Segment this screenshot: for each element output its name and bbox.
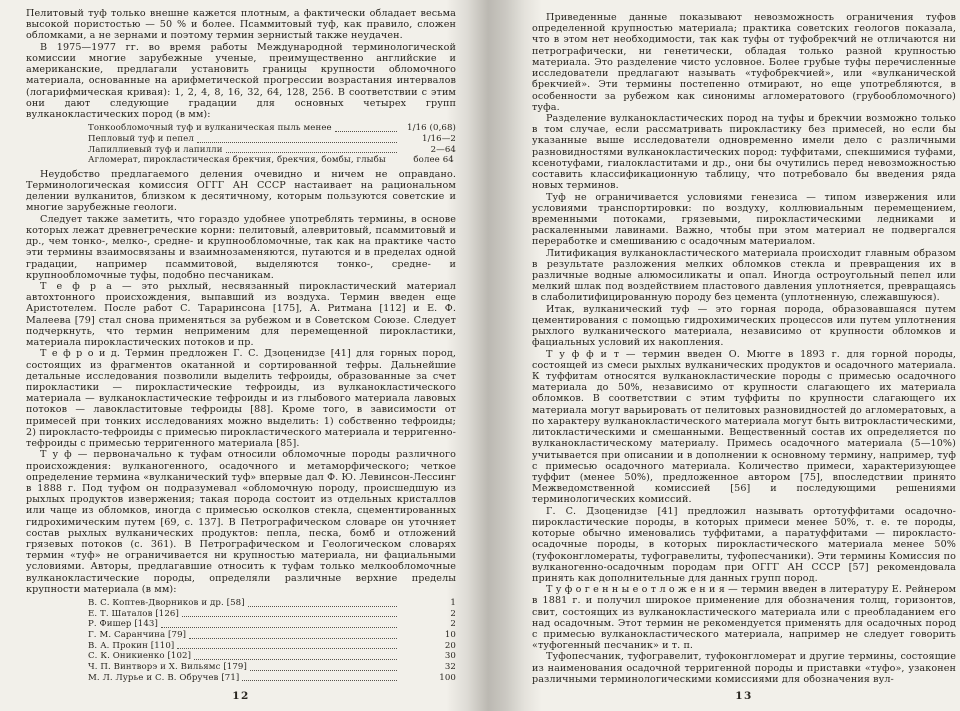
dot-leader (182, 616, 397, 617)
paragraph: Литификация вулканокластического материа… (532, 248, 956, 304)
row-label: В. С. Коптев-Дворников и др. [58] (88, 598, 245, 609)
table-row: Ч. П. Винтворэ и Х. Вильямс [179]32 (88, 662, 456, 673)
row-label: С. К. Оникиенко [102] (88, 651, 191, 662)
row-value: 1/16—2 (400, 134, 456, 145)
paragraph: Т у ф ф и т — термин введен О. Мюгге в 1… (532, 349, 956, 506)
paragraph: Приведенные данные показывают невозможно… (532, 12, 956, 113)
paragraph: Т е ф р о и д. Термин предложен Г. С. Дз… (26, 348, 456, 449)
page-12-number: 12 (26, 690, 456, 702)
paragraph: Т у ф о г е н н ы е о т л о ж е н и я — … (532, 584, 956, 651)
dot-leader (335, 131, 397, 132)
row-value: 1 (400, 598, 456, 609)
row-value: 32 (400, 662, 456, 673)
row-label: Р. Фишер [143] (88, 619, 158, 630)
table-row: Г. М. Саранчина [79]10 (88, 630, 456, 641)
table-row: Агломерат, пирокластическая брекчия, бре… (88, 155, 456, 166)
page-12-content: Пелитовый туф только внешне кажется плот… (26, 8, 456, 686)
page-13-content: Приведенные данные показывают невозможно… (532, 12, 956, 685)
row-label: Пепловый туф и пепел (88, 134, 194, 145)
paragraph: Итак, вулканический туф — это горная пор… (532, 304, 956, 349)
paragraph: Т у ф — первоначально к туфам относили о… (26, 449, 456, 595)
row-label: Агломерат, пирокластическая брекчия, бре… (88, 155, 386, 166)
page-13: Приведенные данные показывают невозможно… (468, 0, 960, 711)
paragraph: Туфопесчаник, туфогравелит, туфоконгломе… (532, 651, 956, 685)
paragraph: В 1975—1977 гг. во время работы Междунар… (26, 42, 456, 121)
dot-leader (226, 152, 397, 153)
dot-leader (197, 142, 397, 143)
dot-leader-table: Тонкообломочный туф и вулканическая пыль… (88, 123, 456, 166)
paragraph: Пелитовый туф только внешне кажется плот… (26, 8, 456, 42)
dot-leader (248, 606, 397, 607)
page-12: Пелитовый туф только внешне кажется плот… (0, 0, 468, 711)
paragraph: Следует также заметить, что гораздо удоб… (26, 214, 456, 281)
table-row: С. К. Оникиенко [102]30 (88, 651, 456, 662)
table-row: В. С. Коптев-Дворников и др. [58]1 (88, 598, 456, 609)
table-row: Е. Т. Шаталов [126]2 (88, 609, 456, 620)
row-value: 2 (400, 609, 456, 620)
table-row: В. А. Прокин [110]20 (88, 641, 456, 652)
book-scan: Пелитовый туф только внешне кажется плот… (0, 0, 960, 711)
paragraph: Разделение вулканокластических пород на … (532, 113, 956, 192)
dot-leader (189, 638, 397, 639)
row-value: 100 (400, 673, 456, 684)
row-label: Г. М. Саранчина [79] (88, 630, 186, 641)
dot-leader (250, 670, 397, 671)
row-value: 2 (400, 619, 456, 630)
row-label: Ч. П. Винтворэ и Х. Вильямс [179] (88, 662, 247, 673)
page-13-number: 13 (532, 690, 956, 702)
paragraph: Г. С. Дзоценидзе [41] предложил называть… (532, 506, 956, 585)
paragraph: Неудобство предлагаемого деления очевидн… (26, 169, 456, 214)
row-value: более 64 (398, 155, 454, 166)
row-label: М. Л. Лурье и С. В. Обручев [71] (88, 673, 239, 684)
table-row: Тонкообломочный туф и вулканическая пыль… (88, 123, 456, 134)
table-row: М. Л. Лурье и С. В. Обручев [71]100 (88, 673, 456, 684)
dot-leader (177, 648, 397, 649)
dot-leader (194, 659, 397, 660)
table-row: Пепловый туф и пепел1/16—2 (88, 134, 456, 145)
dot-leader (161, 627, 397, 628)
row-label: В. А. Прокин [110] (88, 641, 174, 652)
row-value: 30 (400, 651, 456, 662)
row-label: Лапиллиевый туф и лапилли (88, 145, 223, 156)
table-row: Р. Фишер [143]2 (88, 619, 456, 630)
dot-leader-table: В. С. Коптев-Дворников и др. [58]1Е. Т. … (88, 598, 456, 683)
table-row: Лапиллиевый туф и лапилли2—64 (88, 145, 456, 156)
dot-leader (242, 680, 397, 681)
row-value: 10 (400, 630, 456, 641)
row-value: 2—64 (400, 145, 456, 156)
row-value: 1/16 (0,68) (400, 123, 456, 134)
row-label: Тонкообломочный туф и вулканическая пыль… (88, 123, 332, 134)
row-label: Е. Т. Шаталов [126] (88, 609, 179, 620)
paragraph: Туф не ограничивается условиями генезиса… (532, 192, 956, 248)
row-value: 20 (400, 641, 456, 652)
paragraph: Т е ф р а — это рыхлый, несвязанный пиро… (26, 281, 456, 348)
